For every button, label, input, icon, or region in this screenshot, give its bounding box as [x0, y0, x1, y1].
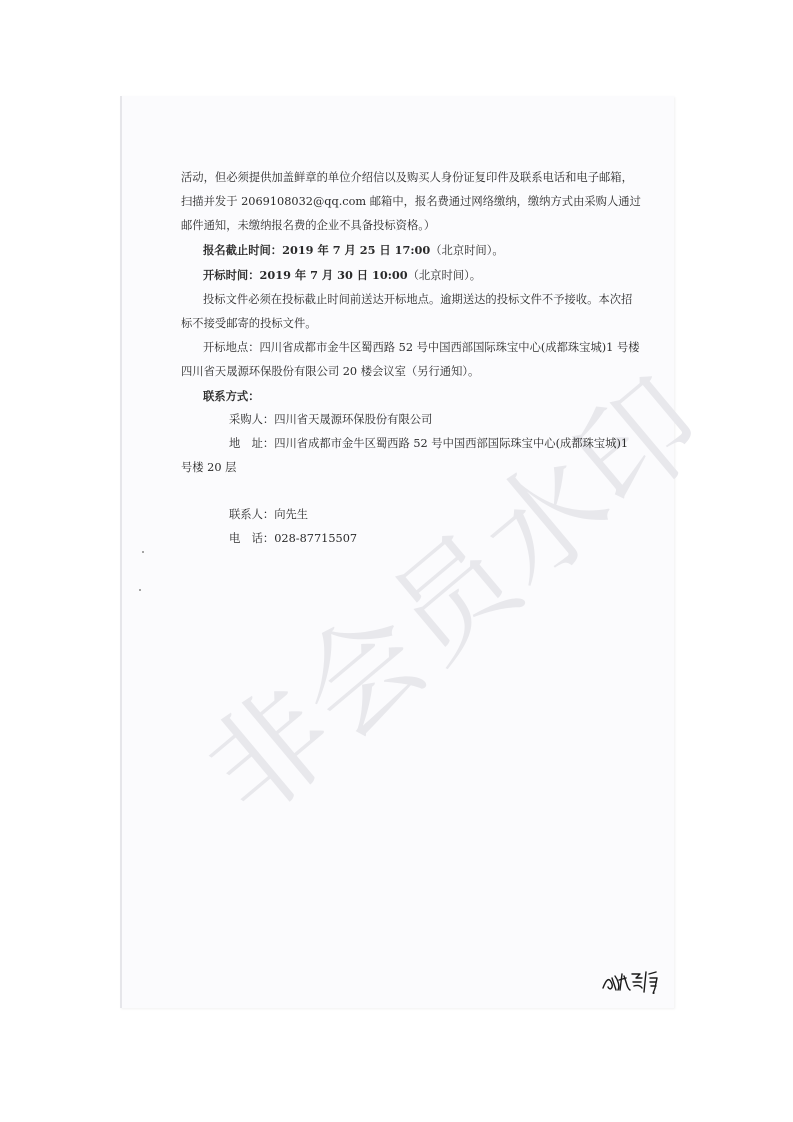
opening-value: 2019 年 7 月 30 日 10:00 [260, 268, 408, 282]
deadline-label: 报名截止时间： [203, 243, 282, 257]
contact-person: 联系人：向先生 [181, 503, 641, 527]
opening-note: （北京时间）。 [408, 269, 481, 282]
scan-speck [139, 589, 141, 591]
document-body: 活动，但必须提供加盖鲜章的单位介绍信以及购买人身份证复印件及联系电话和电子邮箱，… [181, 166, 641, 551]
scan-speck [142, 551, 144, 553]
contact-heading: 联系方式： [181, 384, 641, 408]
registration-note-paragraph: 活动，但必须提供加盖鲜章的单位介绍信以及购买人身份证复印件及联系电话和电子邮箱，… [181, 166, 641, 238]
contact-address: 地 址：四川省成都市金牛区蜀西路 52 号中国西部国际珠宝中心(成都珠宝城)1 … [181, 432, 641, 480]
deadline-value: 2019 年 7 月 25 日 17:00 [282, 243, 430, 257]
opening-label: 开标时间： [203, 268, 260, 282]
opening-location-paragraph: 开标地点：四川省成都市金牛区蜀西路 52 号中国西部国际珠宝中心(成都珠宝城)1… [181, 336, 641, 384]
contact-phone: 电 话：028-87715507 [181, 527, 641, 551]
deadline-note: （北京时间）。 [430, 244, 503, 257]
contact-purchaser: 采购人：四川省天晟源环保股份有限公司 [181, 408, 641, 432]
opening-time: 开标时间：2019 年 7 月 30 日 10:00（北京时间）。 [181, 263, 641, 288]
submission-paragraph: 投标文件必须在投标截止时间前送达开标地点。逾期送达的投标文件不予接收。本次招标不… [181, 288, 641, 336]
handwritten-signature [600, 966, 670, 996]
registration-deadline: 报名截止时间：2019 年 7 月 25 日 17:00（北京时间）。 [181, 238, 641, 263]
